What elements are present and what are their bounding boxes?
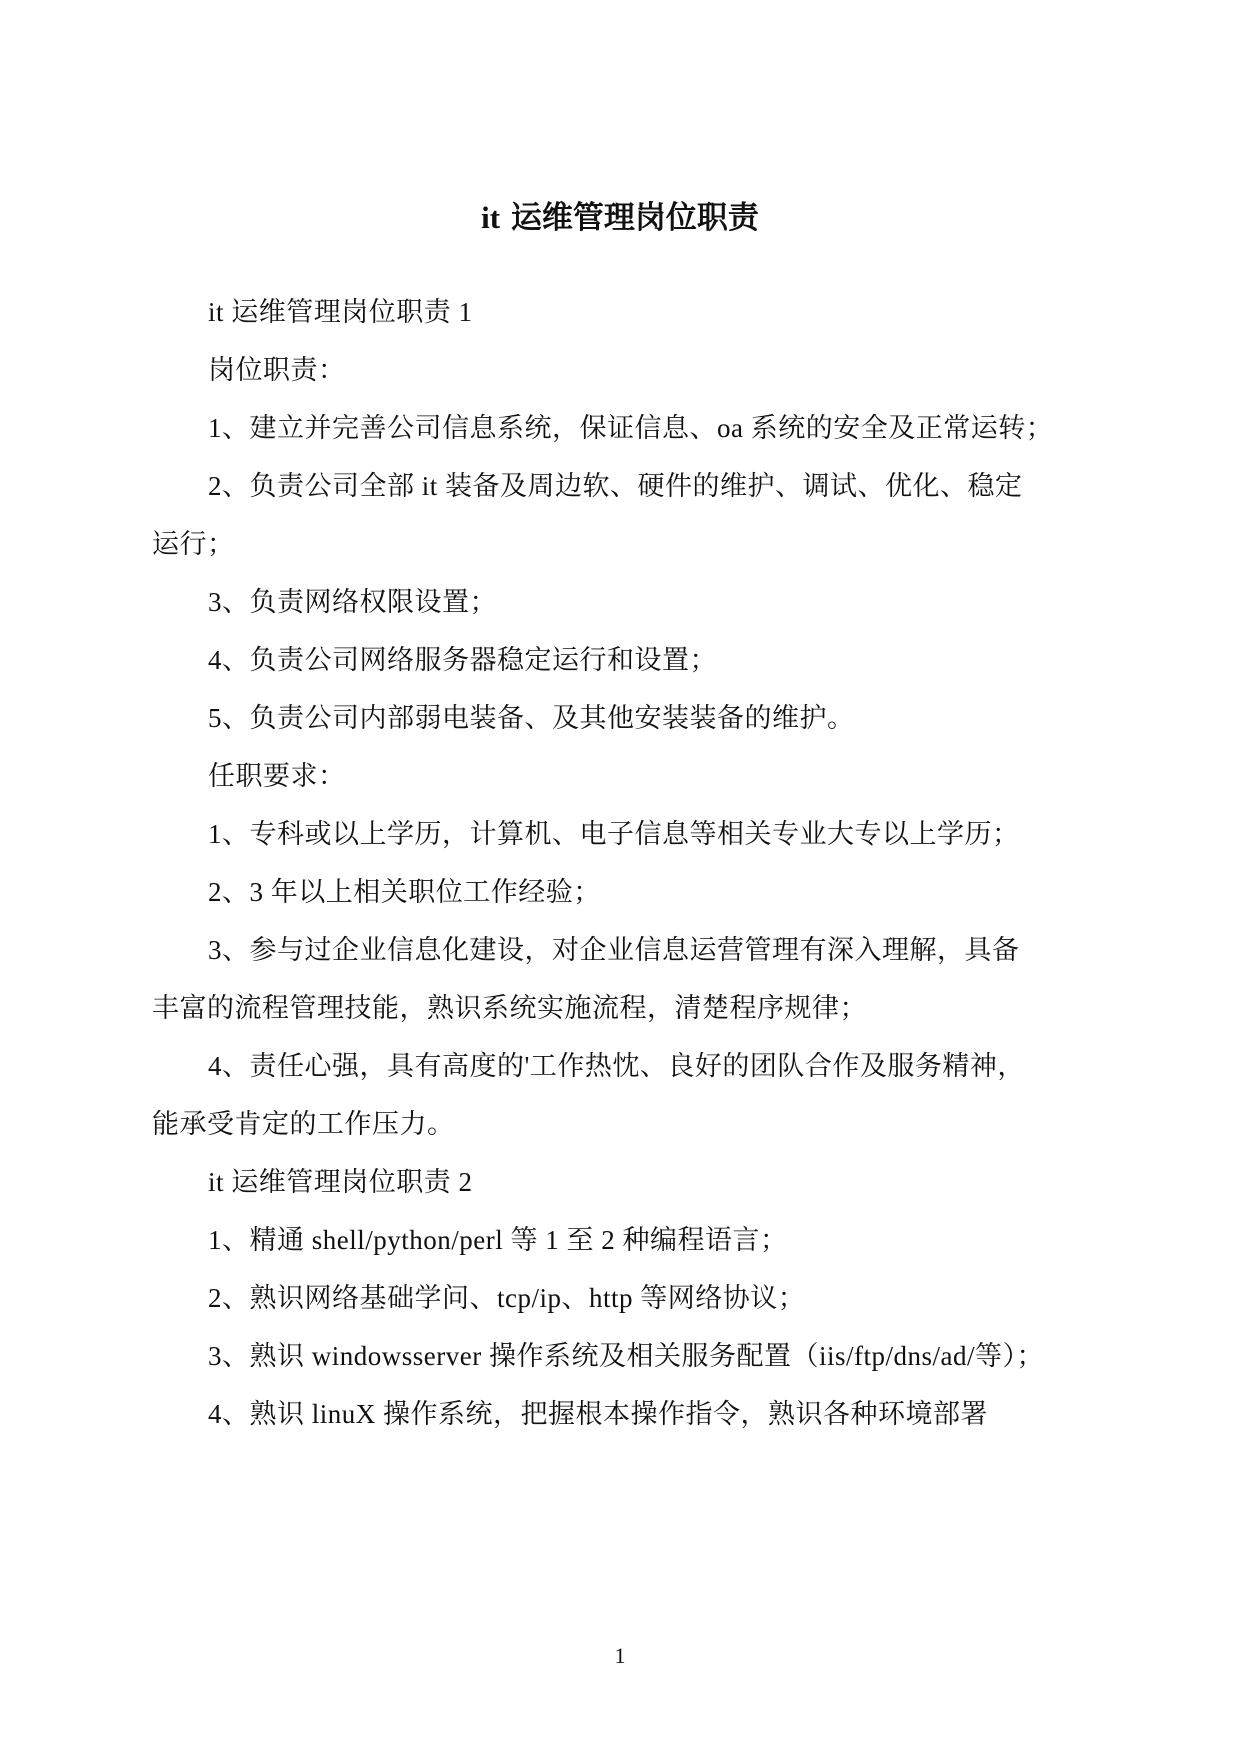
page-number: 1 bbox=[0, 1643, 1240, 1669]
requirement-item-4-continuation: 能承受肯定的工作压力。 bbox=[152, 1095, 1092, 1153]
skill-item-4: 4、熟识 linuX 操作系统，把握根本操作指令，熟识各种环境部署 bbox=[152, 1385, 1092, 1443]
duty-item-2-continuation: 运行； bbox=[152, 515, 1092, 573]
section-heading-1: it 运维管理岗位职责 1 bbox=[152, 283, 1092, 341]
document-page: it 运维管理岗位职责 it 运维管理岗位职责 1 岗位职责： 1、建立并完善公… bbox=[0, 0, 1240, 1753]
skill-item-2: 2、熟识网络基础学问、tcp/ip、http 等网络协议； bbox=[152, 1269, 1092, 1327]
skill-item-3: 3、熟识 windowsserver 操作系统及相关服务配置（iis/ftp/d… bbox=[152, 1327, 1092, 1385]
section-heading-2: it 运维管理岗位职责 2 bbox=[152, 1153, 1092, 1211]
subsection-label-duties: 岗位职责： bbox=[152, 341, 1092, 399]
skill-item-1: 1、精通 shell/python/perl 等 1 至 2 种编程语言； bbox=[152, 1211, 1092, 1269]
requirement-item-4: 4、责任心强，具有高度的'工作热忱、良好的团队合作及服务精神， bbox=[152, 1037, 1092, 1095]
duty-item-4: 4、负责公司网络服务器稳定运行和设置； bbox=[152, 631, 1092, 689]
duty-item-3: 3、负责网络权限设置； bbox=[152, 573, 1092, 631]
requirement-item-3: 3、参与过企业信息化建设，对企业信息运营管理有深入理解，具备 bbox=[152, 921, 1092, 979]
subsection-label-requirements: 任职要求： bbox=[152, 747, 1092, 805]
duty-item-1: 1、建立并完善公司信息系统，保证信息、oa 系统的安全及正常运转； bbox=[152, 399, 1092, 457]
requirement-item-1: 1、专科或以上学历，计算机、电子信息等相关专业大专以上学历； bbox=[152, 805, 1092, 863]
title-latin-part: it bbox=[481, 200, 500, 235]
duty-item-5: 5、负责公司内部弱电装备、及其他安装装备的维护。 bbox=[152, 689, 1092, 747]
duty-item-2: 2、负责公司全部 it 装备及周边软、硬件的维护、调试、优化、稳定 bbox=[152, 457, 1092, 515]
requirement-item-2: 2、3 年以上相关职位工作经验； bbox=[152, 863, 1092, 921]
document-body: it 运维管理岗位职责 1 岗位职责： 1、建立并完善公司信息系统，保证信息、o… bbox=[152, 283, 1092, 1443]
title-cjk-part: 运维管理岗位职责 bbox=[500, 200, 759, 236]
requirement-item-3-continuation: 丰富的流程管理技能，熟识系统实施流程，清楚程序规律； bbox=[152, 979, 1092, 1037]
document-title: it 运维管理岗位职责 bbox=[0, 198, 1240, 238]
